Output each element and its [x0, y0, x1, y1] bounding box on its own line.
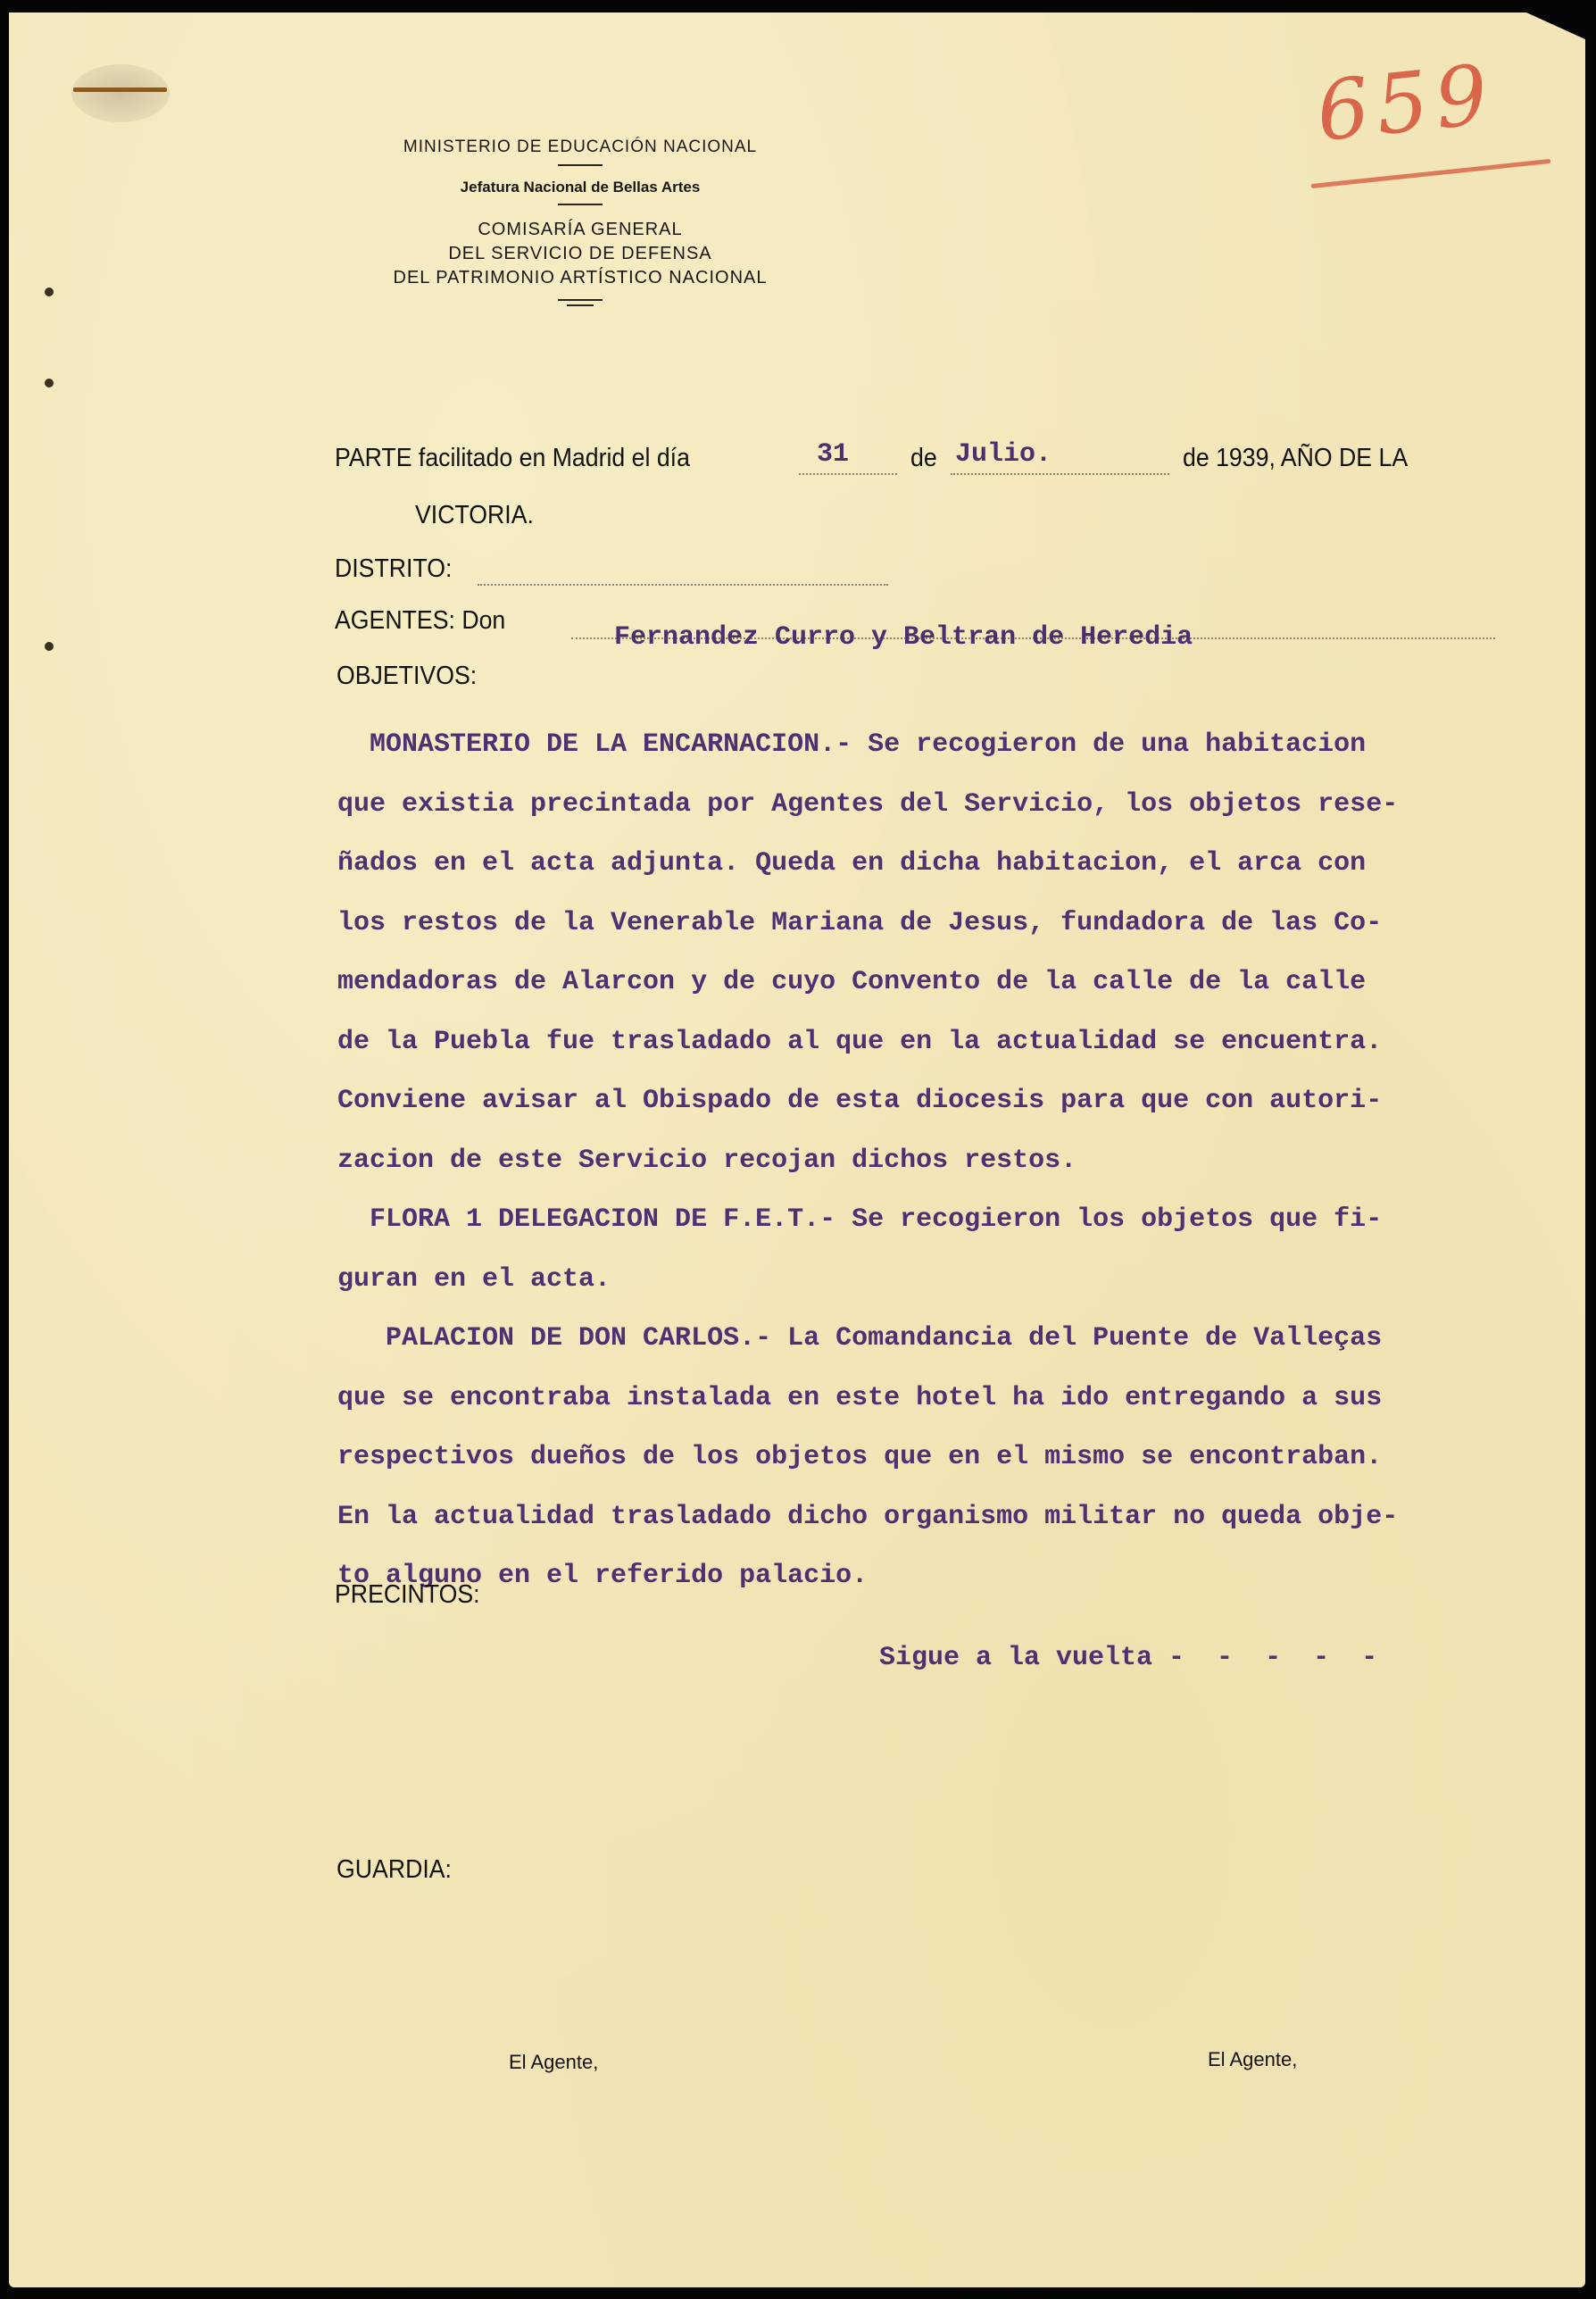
body-line: En la actualidad trasladado dicho organi… [337, 1487, 1534, 1547]
distrito-label: DISTRITO: [335, 554, 452, 584]
day-dotted-line [799, 473, 897, 475]
punch-mark [45, 642, 54, 651]
jefatura-title: Jefatura Nacional de Bellas Artes [339, 179, 821, 196]
divider [567, 304, 594, 306]
body-line: ñados en el acta adjunta. Queda en dicha… [337, 834, 1534, 894]
body-line: guran en el acta. [337, 1250, 1534, 1310]
month-dotted-line [951, 473, 1169, 475]
body-line: respectivos dueños de los objetos que en… [337, 1428, 1534, 1487]
agentes-value: Fernandez Curro y Beltran de Heredia [614, 622, 1193, 653]
body-line: los restos de la Venerable Mariana de Je… [337, 894, 1534, 954]
comisaria-title-line2: DEL SERVICIO DE DEFENSA [339, 242, 821, 266]
objetivos-label: OBJETIVOS: [337, 662, 477, 691]
year-label: de 1939, AÑO DE LA [1183, 444, 1408, 473]
punch-mark [45, 379, 54, 387]
de-label: de [910, 444, 937, 473]
signature-right-label: El Agente, [1208, 2048, 1297, 2071]
folio-underline [1310, 159, 1550, 188]
signature-left-label: El Agente, [509, 2051, 598, 2074]
body-line: que existia precintada por Agentes del S… [337, 775, 1534, 835]
body-line: to alguno en el referido palacio. [337, 1546, 1534, 1606]
agentes-label: AGENTES: Don [335, 606, 505, 636]
precintos-label: PRECINTOS: [335, 1580, 480, 1610]
divider [558, 204, 603, 205]
month-value: Julio. [955, 439, 1052, 470]
continued-overleaf-note: Sigue a la vuelta - - - - - [879, 1643, 1377, 1673]
body-line: PALACION DE DON CARLOS.- La Comandancia … [337, 1309, 1534, 1369]
staple-mark [73, 87, 167, 92]
staple-stain [71, 64, 170, 122]
letterhead: MINISTERIO DE EDUCACIÓN NACIONAL Jefatur… [339, 137, 821, 306]
folio-number: 659 [1312, 46, 1500, 160]
comisaria-title-line3: DEL PATRIMONIO ARTÍSTICO NACIONAL [339, 266, 821, 290]
victoria-label: VICTORIA. [415, 501, 534, 530]
body-line: MONASTERIO DE LA ENCARNACION.- Se recogi… [337, 715, 1534, 775]
ministry-title: MINISTERIO DE EDUCACIÓN NACIONAL [339, 137, 821, 157]
parte-label: PARTE facilitado en Madrid el día [335, 444, 690, 473]
guardia-label: GUARDIA: [337, 1855, 452, 1885]
body-line: zacion de este Servicio recojan dichos r… [337, 1131, 1534, 1191]
body-line: de la Puebla fue trasladado al que en la… [337, 1012, 1534, 1072]
distrito-dotted-line [478, 584, 888, 586]
comisaria-title-line1: COMISARÍA GENERAL [339, 218, 821, 242]
divider [558, 164, 603, 166]
punch-mark [45, 287, 54, 296]
divider [558, 299, 603, 301]
objetivos-body: MONASTERIO DE LA ENCARNACION.- Se recogi… [337, 715, 1534, 1606]
body-line: que se encontraba instalada en este hote… [337, 1369, 1534, 1429]
day-value: 31 [817, 439, 849, 470]
body-line: Conviene avisar al Obispado de esta dioc… [337, 1071, 1534, 1131]
body-line: mendadoras de Alarcon y de cuyo Convento… [337, 953, 1534, 1012]
document-page: MINISTERIO DE EDUCACIÓN NACIONAL Jefatur… [9, 12, 1585, 2287]
body-line: FLORA 1 DELEGACION DE F.E.T.- Se recogie… [337, 1190, 1534, 1250]
